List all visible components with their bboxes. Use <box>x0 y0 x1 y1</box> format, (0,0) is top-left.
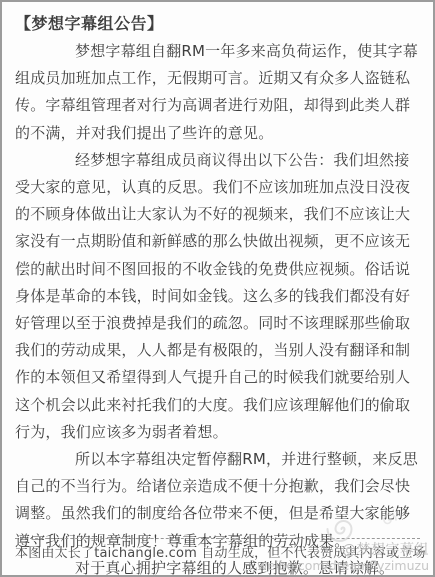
paragraph-intro: 梦想字幕组自翻RM一年多来高负荷运作，使其字幕组成员加班加点工作，无假期可言。近… <box>15 38 421 147</box>
dashed-divider <box>15 538 420 539</box>
footer: 本图由太长了taichangle.com 自动生成，但不代表赞成其内容或立场 <box>15 538 420 563</box>
announcement-image: 【梦想字幕组公告】 梦想字幕组自翻RM一年多来高负荷运作，使其字幕组成员加班加点… <box>0 0 435 577</box>
page-title: 【梦想字幕组公告】 <box>15 10 421 38</box>
paragraph-announcement: 经梦想字幕组成员商议得出以下公告：我们坦然接受大家的意见，认真的反思。我们不应该… <box>15 147 421 446</box>
generator-note: 本图由太长了taichangle.com 自动生成，但不代表赞成其内容或立场 <box>15 545 420 563</box>
